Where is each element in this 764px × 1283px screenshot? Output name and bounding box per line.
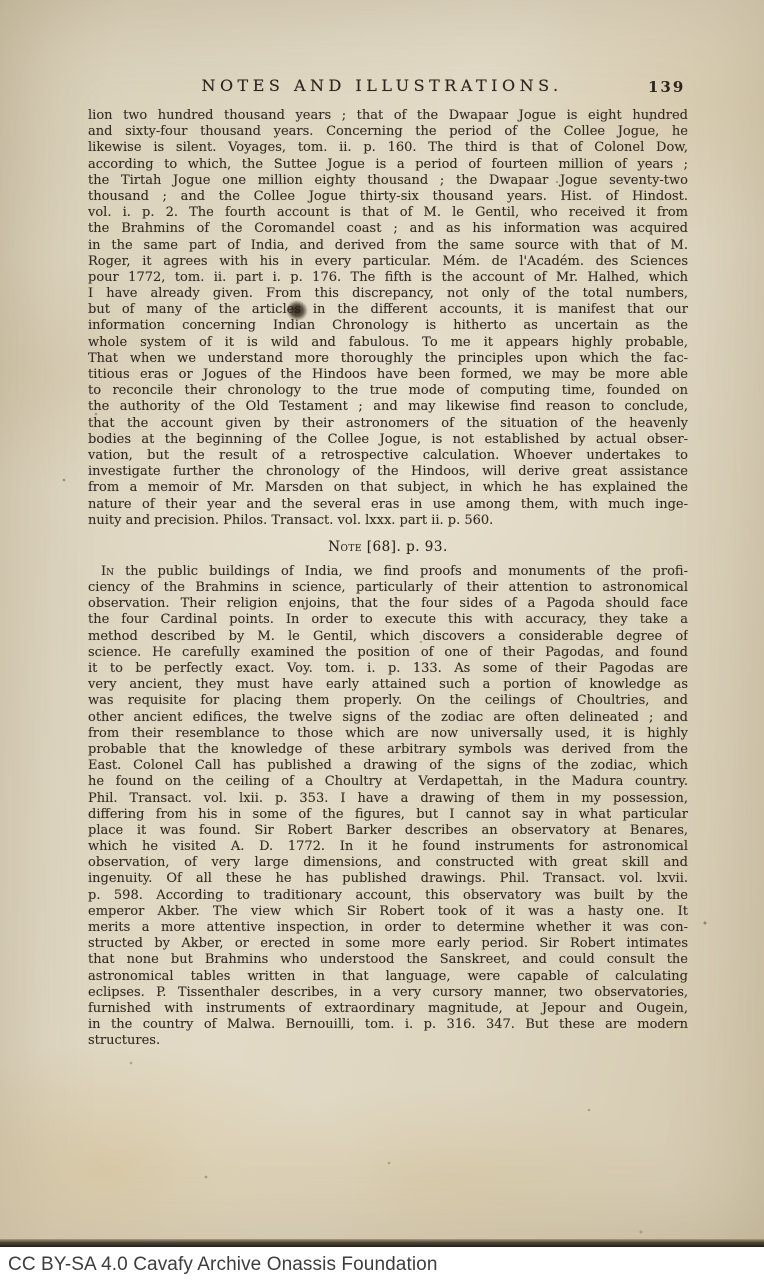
text-line: to reconcile their chronology to the tru… [88, 383, 688, 399]
license-text: CC BY-SA 4.0 Cavafy Archive Onassis Foun… [8, 1254, 438, 1276]
note-heading: Note [68]. p. 93. [88, 529, 688, 564]
text-line: Phil. Transact. vol. lxii. p. 353. I hav… [88, 791, 688, 807]
text-line: from a memoir of Mr. Marsden on that sub… [88, 480, 688, 496]
text-line: vation, but the result of a retrospectiv… [88, 448, 688, 464]
text-line: eclipses. P. Tissenthaler describes, in … [88, 985, 688, 1001]
text-line: astronomical tables written in that lang… [88, 969, 688, 985]
text-line: p. 598. According to traditionary accoun… [88, 888, 688, 904]
text-line: merits a more attentive inspection, in o… [88, 920, 688, 936]
text-line: it to be perfectly exact. Voy. tom. i. p… [88, 661, 688, 677]
text-line: that the account given by their astronom… [88, 416, 688, 432]
text-line: he found on the ceiling of a Choultry at… [88, 774, 688, 790]
text-line: the authority of the Old Testament ; and… [88, 399, 688, 415]
text-line: bodies at the beginning of the Collee Jo… [88, 432, 688, 448]
text-line: probable that the knowledge of these arb… [88, 742, 688, 758]
text-line: in the same part of India, and derived f… [88, 238, 688, 254]
text-line: observation, of very large dimensions, a… [88, 855, 688, 871]
text-line: emperor Akber. The view which Sir Robert… [88, 904, 688, 920]
note-heading-lead: Note [328, 539, 362, 555]
page-body: lion two hundred thousand years ; that o… [88, 108, 688, 1050]
text-line: I have already given. From this discrepa… [88, 286, 688, 302]
text-line: but of many of the articles in the diffe… [88, 302, 688, 318]
text-line: other ancient edifices, the twelve signs… [88, 710, 688, 726]
note-heading-reference: [68]. p. 93. [362, 539, 448, 555]
text-line: according to which, the Suttee Jogue is … [88, 157, 688, 173]
text-line: science. He carefully examined the posit… [88, 645, 688, 661]
text-line: from their resemblance to those which ar… [88, 726, 688, 742]
text-line: information concerning Indian Chronology… [88, 318, 688, 334]
license-bar: CC BY-SA 4.0 Cavafy Archive Onassis Foun… [0, 1247, 764, 1283]
text-line: the four Cardinal points. In order to ex… [88, 612, 688, 628]
text-line: structures. [88, 1033, 688, 1049]
paragraph-note-68: In the public buildings of India, we fin… [88, 564, 688, 1050]
text-line: titious eras or Jogues of the Hindoos ha… [88, 367, 688, 383]
text-line: likewise is silent. Voyages, tom. ii. p.… [88, 140, 688, 156]
text-line: Roger, it agrees with his in every parti… [88, 254, 688, 270]
text-line: the Tirtah Jogue one million eighty thou… [88, 173, 688, 189]
text-line: ciency of the Brahmins in science, parti… [88, 580, 688, 596]
text-line: vol. i. p. 2. The fourth account is that… [88, 205, 688, 221]
paper-speckles [0, 0, 2, 2]
page-number: 139 [648, 78, 685, 96]
paragraph-lead-smallcaps: In [101, 564, 114, 579]
text-line: the Brahmins of the Coromandel coast ; a… [88, 221, 688, 237]
text-line: place it was found. Sir Robert Barker de… [88, 823, 688, 839]
text-line: whole system of it is wild and fabulous.… [88, 335, 688, 351]
text-line: differing from his in some of the figure… [88, 807, 688, 823]
text-line: In the public buildings of India, we fin… [88, 564, 688, 580]
text-line: and sixty-four thousand years. Concernin… [88, 124, 688, 140]
text-line: that none but Brahmins who understood th… [88, 952, 688, 968]
text-line: structed by Akber, or erected in some mo… [88, 936, 688, 952]
text-line: furnished with instruments of extraordin… [88, 1001, 688, 1017]
text-line: nuity and precision. Philos. Transact. v… [88, 513, 688, 529]
scanned-book-page: NOTES AND ILLUSTRATIONS. 139 lion two hu… [0, 0, 764, 1243]
text-line: thousand ; and the Collee Jogue thirty-s… [88, 189, 688, 205]
text-line: in the country of Malwa. Bernouilli, tom… [88, 1017, 688, 1033]
text-line: ingenuity. Of all these he has published… [88, 871, 688, 887]
text-line: was requisite for placing them properly.… [88, 693, 688, 709]
text-line: East. Colonel Call has published a drawi… [88, 758, 688, 774]
text-line: very ancient, they must have early attai… [88, 677, 688, 693]
text-line: which he visited A. D. 1772. In it he fo… [88, 839, 688, 855]
text-line: pour 1772, tom. ii. part i. p. 176. The … [88, 270, 688, 286]
paragraph-continuation: lion two hundred thousand years ; that o… [88, 108, 688, 529]
scan-page-edge [0, 1239, 764, 1247]
text-line: lion two hundred thousand years ; that o… [88, 108, 688, 124]
text-line: That when we understand more thoroughly … [88, 351, 688, 367]
text-line: observation. Their religion enjoins, tha… [88, 596, 688, 612]
text-line: investigate further the chronology of th… [88, 464, 688, 480]
text-line: method described by M. le Gentil, which … [88, 629, 688, 645]
text-line: nature of their year and the several era… [88, 497, 688, 513]
